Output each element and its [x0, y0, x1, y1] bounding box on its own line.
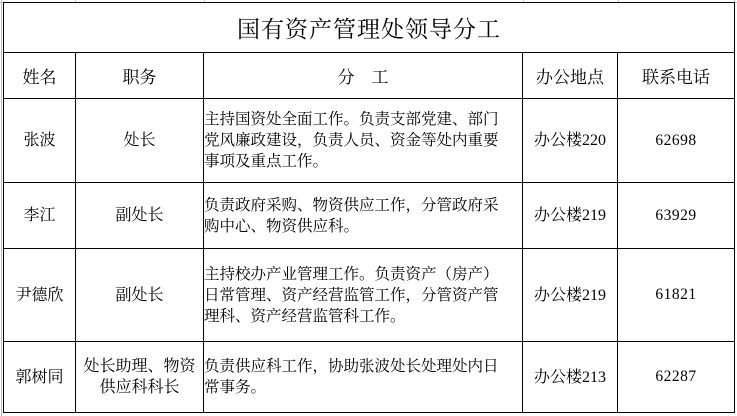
page-title: 国有资产管理处领导分工	[4, 3, 735, 53]
name-cell: 李江	[4, 183, 76, 249]
position-cell: 副处长	[76, 249, 204, 342]
leadership-division-table: 国有资产管理处领导分工 姓名 职务 分 工 办公地点 联系电话 张波 处长 主持…	[3, 2, 735, 413]
phone-cell: 62287	[618, 342, 735, 413]
position-cell: 处长	[76, 99, 204, 183]
table-row: 郭树同 处长助理、物资 供应科科长 负责供应科工作，协助张波处长处理处内日 常事…	[4, 342, 735, 413]
office-cell: 办公楼219	[523, 249, 618, 342]
table-row: 李江 副处长 负责政府采购、物资供应工作，分管政府采 购中心、物资供应科。 办公…	[4, 183, 735, 249]
position-cell: 副处长	[76, 183, 204, 249]
duty-cell: 主持校办产业管理工作。负责资产（房产） 日常管理、资产经营监管工作，分管资产管 …	[204, 249, 523, 342]
office-cell: 办公楼213	[523, 342, 618, 413]
name-cell: 尹德欣	[4, 249, 76, 342]
page: { "title": "国有资产管理处领导分工", "table": { "he…	[0, 0, 737, 416]
office-cell: 办公楼219	[523, 183, 618, 249]
header-office: 办公地点	[523, 53, 618, 99]
position-cell: 处长助理、物资 供应科科长	[76, 342, 204, 413]
duty-cell: 负责供应科工作，协助张波处长处理处内日 常事务。	[204, 342, 523, 413]
name-cell: 张波	[4, 99, 76, 183]
phone-cell: 62698	[618, 99, 735, 183]
duty-cell: 负责政府采购、物资供应工作，分管政府采 购中心、物资供应科。	[204, 183, 523, 249]
gridline-left	[1, 0, 2, 416]
header-position: 职务	[76, 53, 204, 99]
table-row: 张波 处长 主持国资处全面工作。负责支部党建、部门 党风廉政建设，负责人员、资金…	[4, 99, 735, 183]
phone-cell: 63929	[618, 183, 735, 249]
title-row: 国有资产管理处领导分工	[4, 3, 735, 53]
header-name: 姓名	[4, 53, 76, 99]
duty-cell: 主持国资处全面工作。负责支部党建、部门 党风廉政建设，负责人员、资金等处内重要 …	[204, 99, 523, 183]
name-cell: 郭树同	[4, 342, 76, 413]
table-row: 尹德欣 副处长 主持校办产业管理工作。负责资产（房产） 日常管理、资产经营监管工…	[4, 249, 735, 342]
office-cell: 办公楼220	[523, 99, 618, 183]
phone-cell: 61821	[618, 249, 735, 342]
header-phone: 联系电话	[618, 53, 735, 99]
table-header-row: 姓名 职务 分 工 办公地点 联系电话	[4, 53, 735, 99]
header-duty: 分 工	[204, 53, 523, 99]
